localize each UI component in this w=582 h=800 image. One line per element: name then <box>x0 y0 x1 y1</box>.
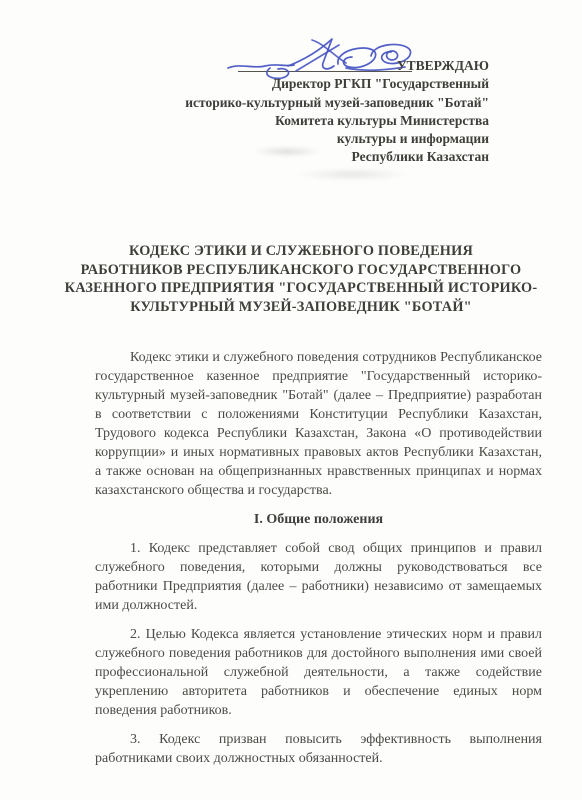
document-page: УТВЕРЖДАЮ Директор РГКП "Государственный… <box>0 0 582 800</box>
title-line: КУЛЬТУРНЫЙ МУЗЕЙ-ЗАПОВЕДНИК "БОТАЙ" <box>58 298 544 317</box>
paragraph: 3. Кодекс призван повысить эффективность… <box>95 730 542 768</box>
title-line: КОДЕКС ЭТИКИ И СЛУЖЕБНОГО ПОВЕДЕНИЯ <box>58 242 544 261</box>
approval-line: культуры и информации <box>185 130 489 148</box>
approval-line: историко-культурный музей-заповедник "Бо… <box>185 94 489 112</box>
paragraph: 1. Кодекс представляет собой свод общих … <box>95 539 542 615</box>
approval-block: УТВЕРЖДАЮ Директор РГКП "Государственный… <box>185 57 489 167</box>
document-body: Кодекс этики и служебного поведения сотр… <box>95 348 542 778</box>
title-line: КАЗЕННОГО ПРЕДПРИЯТИЯ "ГОСУДАРСТВЕННЫЙ И… <box>58 279 544 298</box>
scan-smudge <box>295 168 410 181</box>
paragraph: 2. Целью Кодекса является установление э… <box>95 625 542 720</box>
approval-line: Комитета культуры Министерства <box>185 112 489 130</box>
intro-paragraph: Кодекс этики и служебного поведения сотр… <box>95 348 542 500</box>
approval-stamp-label: УТВЕРЖДАЮ <box>185 57 489 75</box>
approval-line: Республики Казахстан <box>185 148 489 166</box>
section-heading: I. Общие положения <box>95 510 542 529</box>
approval-line: Директор РГКП "Государственный <box>185 75 489 93</box>
document-title: КОДЕКС ЭТИКИ И СЛУЖЕБНОГО ПОВЕДЕНИЯ РАБО… <box>58 242 544 316</box>
title-line: РАБОТНИКОВ РЕСПУБЛИКАНСКОГО ГОСУДАРСТВЕН… <box>58 261 544 280</box>
